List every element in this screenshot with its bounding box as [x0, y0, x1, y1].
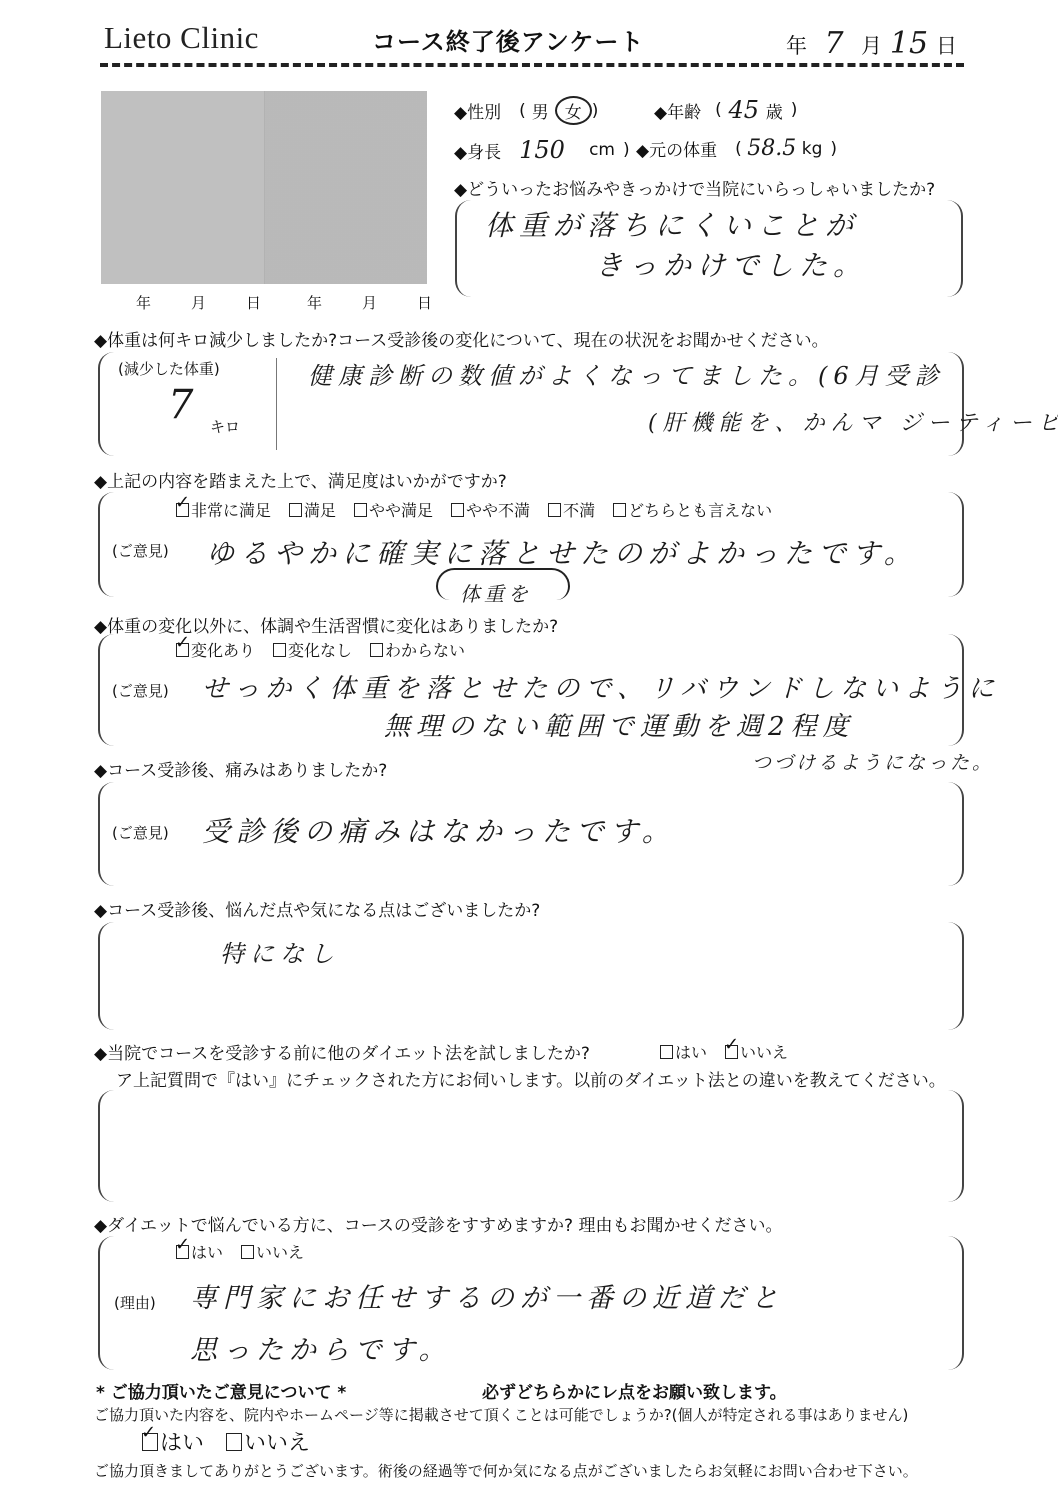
consent-question: ご協力頂いた内容を、院内やホームページ等に掲載させて頂くことは可能でしょうか?(…: [94, 1404, 908, 1425]
paren-open: (: [519, 101, 526, 121]
bracket-left: [455, 200, 471, 297]
checkbox-checked[interactable]: [176, 643, 189, 657]
thanks-message: ご協力頂きましてありがとうございます。術後の経過等で何か気になる点がございました…: [94, 1460, 918, 1481]
option-no-change[interactable]: 変化なし: [273, 638, 352, 661]
footer-title: * ご協力頂いたご意見について *: [96, 1378, 346, 1403]
checkbox[interactable]: [289, 503, 302, 517]
checkbox-checked[interactable]: [176, 503, 189, 517]
bracket-right: [948, 1236, 964, 1370]
gender-option-female-circled[interactable]: 女: [555, 96, 592, 125]
consent-options: はい いいえ: [142, 1426, 310, 1457]
checkbox-checked[interactable]: [725, 1045, 738, 1059]
gender-label: ◆性別: [454, 98, 501, 123]
height-field: ◆身長 150 cm ): [454, 136, 630, 164]
lifestyle-change-options: 変化あり 変化なし わからない: [176, 638, 465, 661]
age-label: ◆年齢: [654, 98, 701, 123]
q3-question: ◆上記の内容を踏まえた上で、満足度はいかがですか?: [94, 467, 507, 492]
q7-question: ◆当院でコースを受診する前に他のダイエット法を試しましたか?: [94, 1039, 590, 1064]
clinic-logo: Lieto Clinic: [104, 20, 259, 56]
q1-answer-line-2: きっかけでした。: [595, 244, 867, 284]
gender-option-male[interactable]: 男: [532, 98, 549, 123]
after-month-label: 月: [362, 292, 377, 313]
checkbox[interactable]: [370, 643, 383, 657]
consent-yes[interactable]: はい: [142, 1426, 204, 1457]
q5-answer-box[interactable]: (ご意見) 受診後の痛みはなかったです。: [98, 782, 964, 886]
after-year-label: 年: [307, 292, 322, 313]
q7-sub-question: ア上記質問で『はい』にチェックされた方にお伺いします。以前のダイエット法との違い…: [116, 1066, 946, 1091]
q5-answer: 受診後の痛みはなかったです。: [202, 810, 676, 850]
header-divider: [100, 63, 964, 67]
weight-loss-label: (減少した体重): [118, 358, 220, 379]
weight-loss-unit: キロ: [210, 416, 240, 437]
q8-options: はい いいえ: [176, 1240, 304, 1263]
height-value[interactable]: 150: [519, 136, 589, 164]
checkbox[interactable]: [613, 503, 626, 517]
q8-answer-box: はい いいえ (理由) 専門家にお任せするのが一番の近道だと 思ったからです。: [98, 1236, 964, 1370]
q2-answer-line-1: 健康診断の数値がよくなってました。(6月受診: [308, 356, 945, 391]
original-weight-value[interactable]: 58.5: [742, 136, 802, 161]
weight-loss-value[interactable]: 7: [168, 382, 193, 428]
date-month-label: 月: [861, 30, 882, 60]
bracket-right: [948, 922, 964, 1030]
option-yes[interactable]: はい: [176, 1240, 223, 1263]
bracket-left: [98, 1090, 114, 1202]
q6-answer-box[interactable]: 特になし: [98, 922, 964, 1030]
height-unit: cm: [589, 140, 615, 160]
q7-options: はい いいえ: [660, 1040, 788, 1063]
bracket-left: [98, 922, 114, 1030]
document-title: コース終了後アンケート: [372, 22, 644, 57]
q3-answer-box: 非常に満足 満足 やや満足 やや不満 不満 どちらとも言えない (ご意見) ゆる…: [98, 492, 964, 597]
q2-answer-box[interactable]: (減少した体重) 7 キロ 健康診断の数値がよくなってました。(6月受診 (肝機…: [98, 352, 964, 456]
original-weight-label: ◆元の体重: [636, 136, 717, 161]
bracket-right: [948, 1090, 964, 1202]
after-day-label: 日: [417, 292, 432, 313]
q4-answer-line-3[interactable]: つづけるようになった。: [752, 748, 994, 775]
option-somewhat-dissatisfied[interactable]: やや不満: [451, 498, 530, 521]
gender-field: ◆性別 ( 男 女 ): [454, 96, 598, 125]
checkbox[interactable]: [273, 643, 286, 657]
date-day-value[interactable]: 15: [886, 26, 932, 61]
q4-answer-line-1[interactable]: せっかく体重を落とせたので、リバウンドしないように: [202, 668, 1000, 705]
checkbox-checked[interactable]: [142, 1433, 158, 1451]
q4-answer-line-2[interactable]: 無理のない範囲で運動を週2程度: [384, 706, 855, 743]
bracket-left: [98, 352, 114, 456]
q1-answer-box[interactable]: 体重が落ちにくいことが きっかけでした。: [455, 200, 963, 297]
option-no[interactable]: いいえ: [241, 1240, 304, 1263]
option-satisfied[interactable]: 満足: [289, 498, 336, 521]
age-field: ◆年齢 ( 45 歳 ): [654, 96, 797, 124]
q5-question: ◆コース受診後、痛みはありましたか?: [94, 756, 387, 781]
q6-question: ◆コース受診後、悩んだ点や気になる点はございましたか?: [94, 896, 540, 921]
checkbox[interactable]: [451, 503, 464, 517]
q7-answer-box[interactable]: [98, 1090, 964, 1202]
original-weight-unit: kg: [802, 139, 823, 159]
bracket-right: [948, 492, 964, 597]
q8-answer-line-2[interactable]: 思ったからです。: [190, 1328, 452, 1367]
bracket-left: [98, 1236, 114, 1370]
q5-opinion-label: (ご意見): [112, 822, 169, 843]
option-somewhat-satisfied[interactable]: やや満足: [354, 498, 433, 521]
before-year-label: 年: [136, 292, 151, 313]
q8-reason-label: (理由): [114, 1292, 156, 1313]
column-divider: [276, 358, 277, 450]
age-value[interactable]: 45: [722, 96, 766, 124]
bracket-right: [947, 200, 963, 297]
date-month-value[interactable]: 7: [811, 26, 857, 61]
q4-opinion-label: (ご意見): [112, 680, 169, 701]
q8-answer-line-1[interactable]: 専門家にお任せするのが一番の近道だと: [190, 1276, 784, 1315]
original-weight-field: ◆元の体重 ( 58.5 kg ): [636, 136, 837, 161]
q6-answer: 特になし: [220, 934, 340, 969]
before-month-label: 月: [191, 292, 206, 313]
q2-question: ◆体重は何キロ減少しましたか?コース受診後の変化について、現在の状況をお聞かせく…: [94, 326, 829, 351]
q1-question: ◆どういったお悩みやきっかけで当院にいらっしゃいましたか?: [454, 175, 935, 200]
consent-no[interactable]: いいえ: [226, 1426, 310, 1457]
checkbox[interactable]: [241, 1245, 254, 1259]
footer-instruction: 必ずどちらかにレ点をお願い致します。: [482, 1378, 787, 1403]
checkbox-checked[interactable]: [176, 1245, 189, 1259]
q1-answer-line-1: 体重が落ちにくいことが: [485, 204, 859, 244]
bracket-right: [948, 352, 964, 456]
checkbox[interactable]: [354, 503, 367, 517]
q4-answer-box: 変化あり 変化なし わからない (ご意見) せっかく体重を落とせたので、リバウン…: [98, 634, 964, 746]
date-year-label: 年: [786, 30, 807, 60]
height-label: ◆身長: [454, 138, 501, 163]
before-photo-date: 年 月 日: [136, 292, 261, 313]
date-day-label: 日: [936, 30, 957, 60]
option-very-satisfied[interactable]: 非常に満足: [176, 498, 271, 521]
checkbox[interactable]: [226, 1433, 242, 1451]
option-no[interactable]: いいえ: [725, 1040, 788, 1063]
after-photo-date: 年 月 日: [307, 292, 432, 313]
option-dissatisfied[interactable]: 不満: [548, 498, 595, 521]
photo-divider: [264, 91, 265, 284]
checkbox[interactable]: [660, 1045, 673, 1059]
age-unit: 歳: [766, 98, 783, 123]
option-yes[interactable]: はい: [660, 1040, 707, 1063]
before-day-label: 日: [246, 292, 261, 313]
option-changed[interactable]: 変化あり: [176, 638, 255, 661]
q8-question: ◆ダイエットで悩んでいる方に、コースの受診をすすめますか? 理由もお聞かせくださ…: [94, 1211, 782, 1236]
option-unknown[interactable]: わからない: [370, 638, 465, 661]
q2-answer-line-2: (肝機能を、かんマ ジーティーピー): [648, 406, 1058, 437]
satisfaction-options: 非常に満足 満足 やや満足 やや不満 不満 どちらとも言えない: [176, 498, 772, 521]
q3-opinion-label: (ご意見): [112, 540, 169, 561]
checkbox[interactable]: [548, 503, 561, 517]
survey-date: 年 7 月 15 日: [762, 26, 961, 61]
q3-answer[interactable]: ゆるやかに確実に落とせたのがよかったです。: [206, 532, 918, 572]
q3-insert-note: 体重を: [460, 578, 532, 607]
option-neither[interactable]: どちらとも言えない: [613, 498, 772, 521]
paren-close: ): [592, 101, 599, 121]
bracket-right: [948, 782, 964, 886]
